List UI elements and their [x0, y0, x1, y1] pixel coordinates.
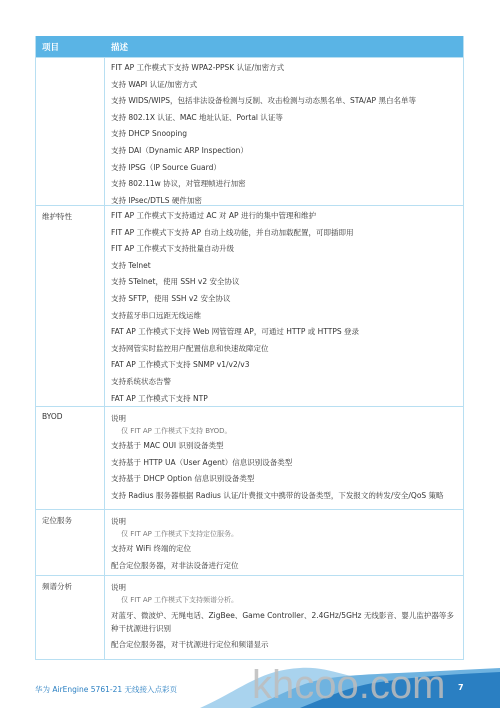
description-line: 支持 Radius 服务器根据 Radius 认证/计费报文中携带的设备类型，下…: [111, 488, 457, 505]
description-line: 支持 IPSG（IP Source Guard）: [111, 160, 457, 177]
note-title: 说明: [111, 578, 457, 594]
table-header: 项目 描述: [36, 36, 463, 57]
description-line: 支持 DAI（Dynamic ARP Inspection）: [111, 143, 457, 160]
description-line: 支持 WAPI 认证/加密方式: [111, 77, 457, 94]
row-description: 说明 仅 FIT AP 工作模式下支持定位服务。 支持对 WiFi 终端的定位 …: [105, 510, 463, 575]
description-line: 支持基于 DHCP Option 信息识别设备类型: [111, 471, 457, 488]
description-line: 配合定位服务器，对非法设备进行定位: [111, 558, 457, 575]
description-line: FIT AP 工作模式下支持 AP 自动上线功能，并自动加载配置，可即插即用: [111, 225, 457, 242]
watermark: khcoo.com: [252, 663, 445, 708]
header-item: 项目: [36, 41, 105, 53]
note-body: 仅 FIT AP 工作模式下支持 BYOD。: [111, 425, 457, 438]
table-row: 频谱分析 说明 仅 FIT AP 工作模式下支持频谱分析。 对蓝牙、微波炉、无绳…: [36, 575, 463, 659]
row-label: 定位服务: [36, 510, 105, 575]
table-row: 维护特性 FIT AP 工作模式下支持通过 AC 对 AP 进行的集中管理和维护…: [36, 205, 463, 406]
row-label: BYOD: [36, 407, 105, 509]
footer-title: 华为 AirEngine 5761-21 无线接入点彩页: [35, 684, 177, 695]
description-line: 对蓝牙、微波炉、无绳电话、ZigBee、Game Controller、2.4G…: [111, 607, 457, 637]
row-description: 说明 仅 FIT AP 工作模式下支持频谱分析。 对蓝牙、微波炉、无绳电话、Zi…: [105, 576, 463, 659]
row-label: 频谱分析: [36, 576, 105, 659]
spec-table: 项目 描述 FIT AP 工作模式下支持 WPA2-PPSK 认证/加密方式 支…: [35, 36, 464, 660]
row-description: FIT AP 工作模式下支持 WPA2-PPSK 认证/加密方式 支持 WAPI…: [105, 58, 463, 205]
description-line: 支持 Telnet: [111, 258, 457, 275]
description-line: 支持网管实时监控用户配置信息和快速故障定位: [111, 341, 457, 358]
description-line: 支持 SFTP，使用 SSH v2 安全协议: [111, 291, 457, 308]
row-label: 维护特性: [36, 206, 105, 406]
description-line: 支持 STelnet，使用 SSH v2 安全协议: [111, 274, 457, 291]
description-line: 支持 WIDS/WIPS，包括非法设备检测与反制、攻击检测与动态黑名单、STA/…: [111, 93, 457, 110]
note-body: 仅 FIT AP 工作模式下支持定位服务。: [111, 528, 457, 541]
description-line: 支持 802.1X 认证、MAC 地址认证、Portal 认证等: [111, 110, 457, 127]
description-line: 支持 DHCP Snooping: [111, 126, 457, 143]
table-row: 定位服务 说明 仅 FIT AP 工作模式下支持定位服务。 支持对 WiFi 终…: [36, 509, 463, 575]
row-label: [36, 58, 105, 205]
description-line: 支持基于 HTTP UA（User Agent）信息识别设备类型: [111, 455, 457, 472]
description-line: 支持蓝牙串口远距无线运维: [111, 308, 457, 325]
description-line: 支持 802.11w 协议，对管理帧进行加密: [111, 176, 457, 193]
description-line: 配合定位服务器，对干扰源进行定位和频谱显示: [111, 637, 457, 654]
row-description: FIT AP 工作模式下支持通过 AC 对 AP 进行的集中管理和维护 FIT …: [105, 206, 463, 406]
header-description: 描述: [105, 41, 463, 53]
page-number: 7: [458, 683, 464, 692]
description-line: 支持对 WiFi 终端的定位: [111, 541, 457, 558]
description-line: FIT AP 工作模式下支持 WPA2-PPSK 认证/加密方式: [111, 60, 457, 77]
table-row: BYOD 说明 仅 FIT AP 工作模式下支持 BYOD。 支持基于 MAC …: [36, 406, 463, 509]
note-body: 仅 FIT AP 工作模式下支持频谱分析。: [111, 594, 457, 607]
description-line: FAT AP 工作模式下支持 NTP: [111, 391, 457, 408]
description-line: FAT AP 工作模式下支持 Web 网管管理 AP，可通过 HTTP 或 HT…: [111, 324, 457, 341]
description-line: 支持系统状态告警: [111, 374, 457, 391]
note-title: 说明: [111, 409, 457, 425]
description-line: 支持基于 MAC OUI 识别设备类型: [111, 438, 457, 455]
description-line: FIT AP 工作模式下支持通过 AC 对 AP 进行的集中管理和维护: [111, 208, 457, 225]
description-line: FIT AP 工作模式下支持批量自动升级: [111, 241, 457, 258]
table-row: FIT AP 工作模式下支持 WPA2-PPSK 认证/加密方式 支持 WAPI…: [36, 57, 463, 205]
description-line: FAT AP 工作模式下支持 SNMP v1/v2/v3: [111, 357, 457, 374]
note-title: 说明: [111, 512, 457, 528]
row-description: 说明 仅 FIT AP 工作模式下支持 BYOD。 支持基于 MAC OUI 识…: [105, 407, 463, 509]
